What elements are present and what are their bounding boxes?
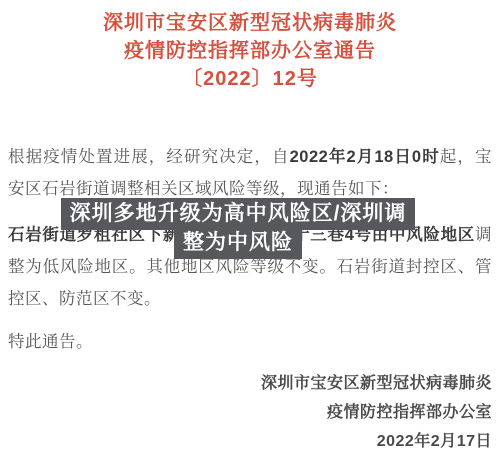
caption-line-1: 深圳多地升级为高中风险区/深圳调 (0, 198, 476, 227)
notice-paragraph-closing: 特此通告。 (8, 326, 492, 358)
notice-header: 深圳市宝安区新型冠状病毒肺炎 疫情防控指挥部办公室通告 〔2022〕12号 (0, 9, 500, 93)
news-caption-overlay: 深圳多地升级为高中风险区/深圳调 整为中风险 (0, 198, 476, 256)
notice-document: 深圳市宝安区新型冠状病毒肺炎 疫情防控指挥部办公室通告 〔2022〕12号 根据… (0, 0, 500, 455)
signature-date: 2022年2月17日 (261, 427, 492, 455)
signature-line-1: 深圳市宝安区新型冠状病毒肺炎 (261, 369, 492, 398)
notice-doc-number: 〔2022〕12号 (0, 65, 500, 93)
caption-line-2-text: 整为中风险 (174, 227, 302, 259)
caption-line-2: 整为中风险 (0, 227, 476, 256)
signature-line-2: 疫情防控指挥部办公室 (261, 398, 492, 427)
caption-line-1-text: 深圳多地升级为高中风险区/深圳调 (61, 198, 416, 230)
notice-header-line-2: 疫情防控指挥部办公室通告 (0, 37, 500, 65)
notice-paragraph-intro: 根据疫情处置进展，经研究决定，自2022年2月18日0时起，宝安区石岩街道调整相… (8, 141, 492, 205)
signature-block: 深圳市宝安区新型冠状病毒肺炎 疫情防控指挥部办公室 2022年2月17日 (261, 369, 492, 455)
notice-header-line-1: 深圳市宝安区新型冠状病毒肺炎 (0, 9, 500, 37)
